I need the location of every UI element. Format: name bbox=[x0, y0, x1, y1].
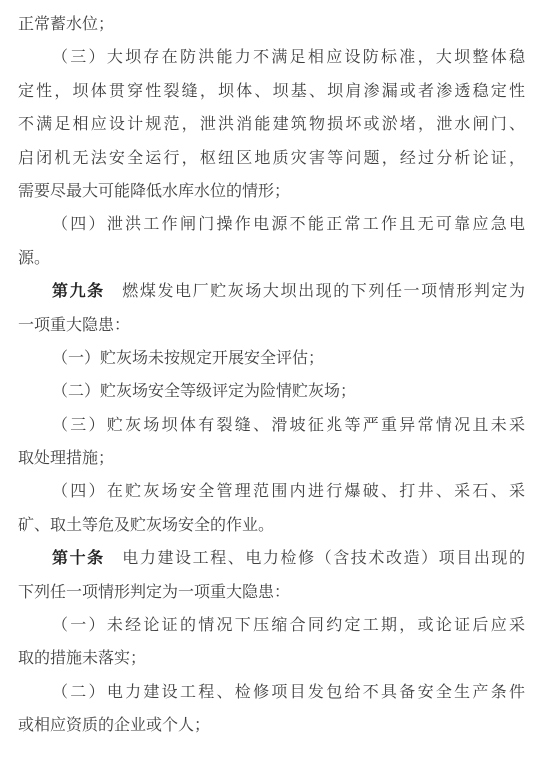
text-line: 源。 bbox=[18, 242, 525, 275]
text-line: （一）贮灰场未按规定开展安全评估； bbox=[18, 342, 525, 375]
text-line: 或相应资质的企业或个人； bbox=[18, 709, 525, 742]
text-line: 取的措施未落实； bbox=[18, 642, 525, 675]
text-line: 一项重大隐患： bbox=[18, 309, 525, 342]
article-number-label: 第十条 bbox=[52, 550, 105, 567]
document-text-column: 正常蓄水位；（三）大坝存在防洪能力不满足相应设防标准，大坝整体稳定性，坝体贯穿性… bbox=[0, 0, 540, 743]
text-line: 启闭机无法安全运行，枢纽区地质灾害等问题，经过分析论证， bbox=[18, 142, 525, 175]
text-line: （三）贮灰场坝体有裂缝、滑坡征兆等严重异常情况且未采 bbox=[18, 409, 525, 442]
text-line: （一）未经论证的情况下压缩合同约定工期，或论证后应采 bbox=[18, 609, 525, 642]
text-line: 第九条 燃煤发电厂贮灰场大坝出现的下列任一项情形判定为 bbox=[18, 275, 525, 308]
text-line: 定性，坝体贯穿性裂缝，坝体、坝基、坝肩渗漏或者渗透稳定性 bbox=[18, 75, 525, 108]
text-line: 需要尽最大可能降低水库水位的情形； bbox=[18, 175, 525, 208]
text-line: 第十条 电力建设工程、电力检修（含技术改造）项目出现的 bbox=[18, 542, 525, 575]
text-line: （三）大坝存在防洪能力不满足相应设防标准，大坝整体稳 bbox=[18, 41, 525, 74]
text-line: （二）电力建设工程、检修项目发包给不具备安全生产条件 bbox=[18, 676, 525, 709]
text-line: 下列任一项情形判定为一项重大隐患： bbox=[18, 576, 525, 609]
text-line: （四）在贮灰场安全管理范围内进行爆破、打井、采石、采 bbox=[18, 475, 525, 508]
text-line: 取处理措施； bbox=[18, 442, 525, 475]
text-line: （二）贮灰场安全等级评定为险情贮灰场； bbox=[18, 375, 525, 408]
article-number-label: 第九条 bbox=[52, 283, 105, 300]
text-line: （四）泄洪工作闸门操作电源不能正常工作且无可靠应急电 bbox=[18, 208, 525, 241]
text-line: 正常蓄水位； bbox=[18, 8, 525, 41]
document-page: 正常蓄水位；（三）大坝存在防洪能力不满足相应设防标准，大坝整体稳定性，坝体贯穿性… bbox=[0, 0, 540, 766]
text-line: 不满足相应设计规范，泄洪消能建筑物损坏或淤堵，泄水闸门、 bbox=[18, 108, 525, 141]
text-line: 矿、取土等危及贮灰场安全的作业。 bbox=[18, 509, 525, 542]
